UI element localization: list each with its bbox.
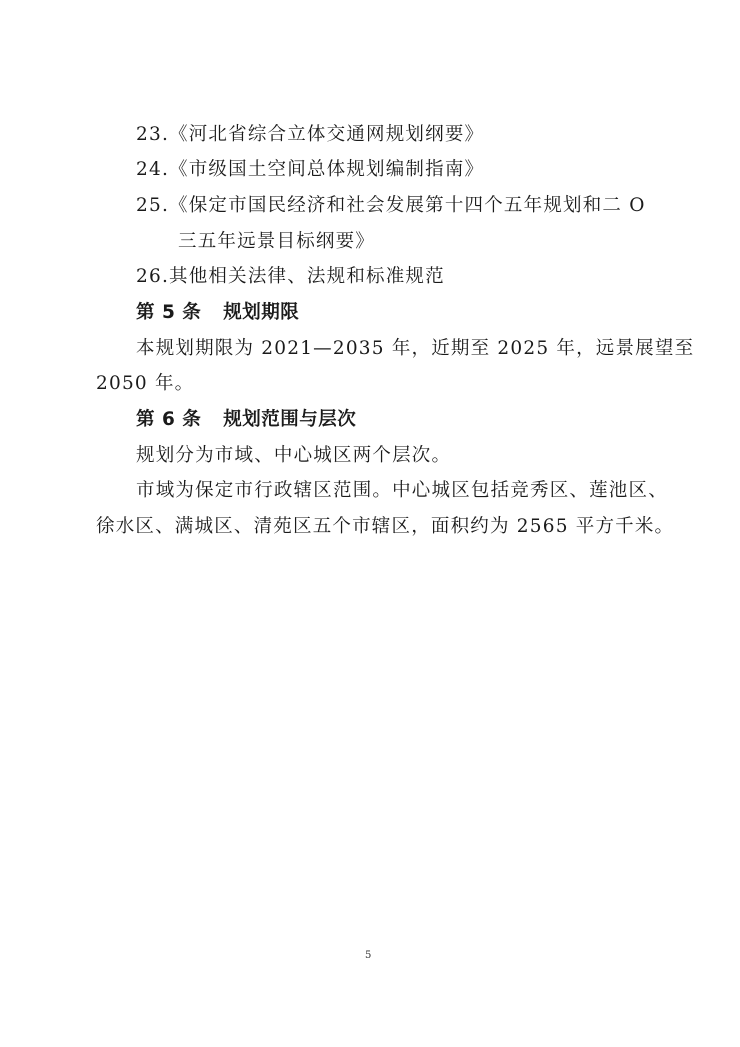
reference-item-24: 24.《市级国土空间总体规划编制指南》 [136,157,688,183]
reference-text: 三五年远景目标纲要》 [178,231,375,252]
reference-number: 26. [136,266,169,287]
article-5-heading: 第 5 条规划期限 [136,300,688,326]
reference-item-26: 26.其他相关法律、法规和标准规范 [136,264,688,290]
reference-text: 《市级国土空间总体规划编制指南》 [169,159,484,180]
article-title: 规划期限 [223,302,299,323]
article-5-paragraph-line-1: 本规划期限为 2021—2035 年，近期至 2025 年，远景展望至 [136,336,648,362]
reference-number: 25. [136,195,169,216]
reference-text: 《河北省综合立体交通网规划纲要》 [169,124,484,145]
reference-number: 23. [136,124,169,145]
reference-text: 其他相关法律、法规和标准规范 [169,266,445,287]
document-page: 23.《河北省综合立体交通网规划纲要》 24.《市级国土空间总体规划编制指南》 … [0,0,740,1047]
reference-text: 《保定市国民经济和社会发展第十四个五年规划和二 O [169,195,646,216]
article-6-paragraph-2-line-2: 徐水区、满城区、清苑区五个市辖区，面积约为 2565 平方千米。 [96,514,646,540]
article-6-paragraph-2-line-1: 市域为保定市行政辖区范围。中心城区包括竞秀区、莲池区、 [136,478,648,504]
article-5-paragraph-line-2: 2050 年。 [96,371,648,397]
reference-item-23: 23.《河北省综合立体交通网规划纲要》 [136,122,688,148]
article-6-paragraph-1: 规划分为市域、中心城区两个层次。 [136,443,688,469]
page-number: 5 [365,950,371,961]
article-number: 第 5 条 [136,302,201,323]
article-number: 第 6 条 [136,409,201,430]
reference-item-25: 25.《保定市国民经济和社会发展第十四个五年规划和二 O [136,193,688,219]
article-title: 规划范围与层次 [223,409,356,430]
article-6-heading: 第 6 条规划范围与层次 [136,407,688,433]
reference-item-25-continuation: 三五年远景目标纲要》 [178,229,730,255]
reference-number: 24. [136,159,169,180]
